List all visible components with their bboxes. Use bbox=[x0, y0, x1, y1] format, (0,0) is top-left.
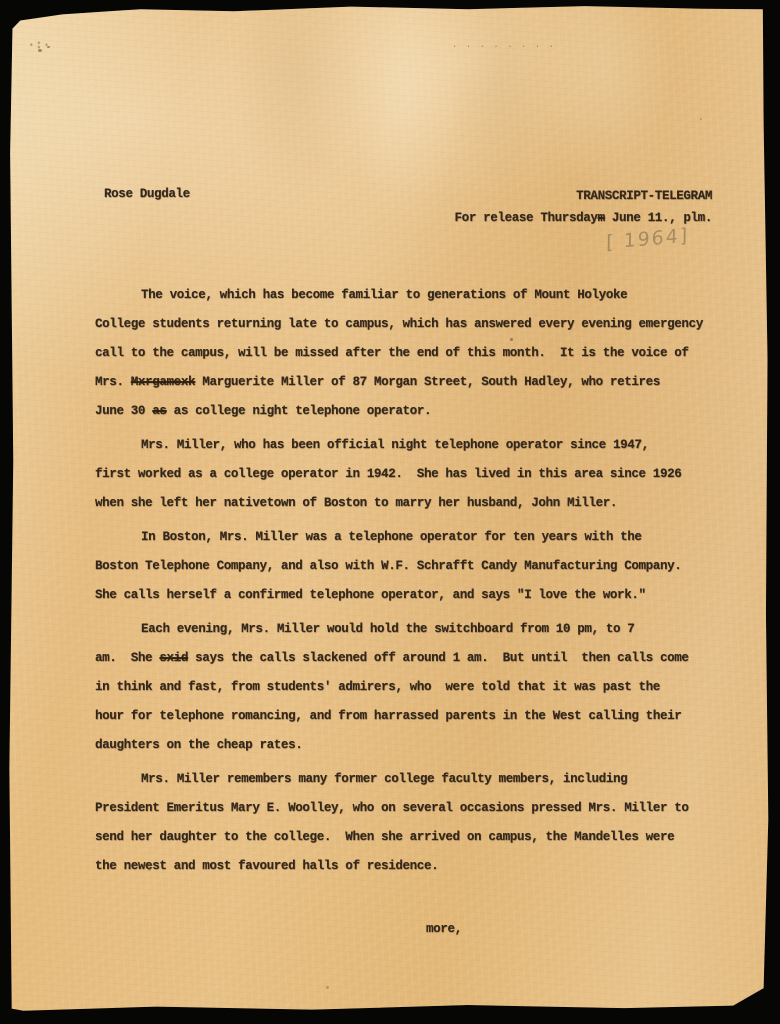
typed-text: College students returning late to campu… bbox=[95, 317, 703, 331]
typed-text: Each evening, Mrs. Miller would hold the… bbox=[141, 622, 634, 636]
typed-text: am. She bbox=[95, 651, 159, 665]
typed-text: Mrs. Miller remembers many former colleg… bbox=[141, 772, 627, 786]
struck-text: m bbox=[598, 211, 605, 225]
publication-title: TRANSCRIPT-TELEGRAM bbox=[455, 186, 712, 208]
typed-text: June 11., plm. bbox=[605, 211, 712, 225]
typed-text: the newest and most favoured halls of re… bbox=[95, 859, 438, 873]
typed-line: send her daughter to the college. When s… bbox=[95, 823, 735, 852]
typed-text: in think and fast, from students' admire… bbox=[95, 680, 660, 694]
typed-text: send her daughter to the college. When s… bbox=[95, 830, 674, 844]
pencil-year-note: [ 1964] bbox=[606, 222, 716, 254]
perforation-dots: · · · · · · · · bbox=[452, 42, 556, 52]
typed-line: hour for telephone romancing, and from h… bbox=[95, 702, 735, 731]
typed-text: In Boston, Mrs. Miller was a telephone o… bbox=[141, 530, 642, 544]
typed-text: She calls herself a confirmed telephone … bbox=[95, 588, 646, 602]
typed-line: first worked as a college operator in 19… bbox=[95, 460, 735, 489]
typed-text: Boston Telephone Company, and also with … bbox=[95, 559, 681, 573]
typed-line: in think and fast, from students' admire… bbox=[95, 673, 735, 702]
typed-text: For release Thursday bbox=[455, 211, 598, 225]
typed-text: President Emeritus Mary E. Woolley, who … bbox=[95, 801, 689, 815]
typed-line: call to the campus, will be missed after… bbox=[95, 339, 735, 368]
release-line: For release Thursdaym June 11., plm. bbox=[455, 208, 712, 230]
typed-line: President Emeritus Mary E. Woolley, who … bbox=[95, 794, 735, 823]
ink-smudge: ·:· bbox=[28, 40, 51, 52]
paragraph: Each evening, Mrs. Miller would hold the… bbox=[95, 615, 735, 760]
paper-sheet: ·:· · · · · · · · · Rose Dugdale TRANSCR… bbox=[0, 0, 780, 1024]
typed-text: June 30 bbox=[95, 404, 152, 418]
typed-text: as college night telephone operator. bbox=[167, 404, 432, 418]
typed-line: June 30 as as college night telephone op… bbox=[95, 397, 735, 426]
typed-text: Mrs. bbox=[95, 375, 131, 389]
author-name: Rose Dugdale bbox=[104, 187, 190, 201]
paper-speck bbox=[510, 338, 513, 341]
typed-text: The voice, which has become familiar to … bbox=[141, 288, 627, 302]
struck-text: as bbox=[152, 404, 166, 418]
paper-speck bbox=[38, 49, 42, 52]
typed-line: The voice, which has become familiar to … bbox=[95, 281, 735, 310]
typed-line: daughters on the cheap rates. bbox=[95, 731, 735, 760]
typed-line: Mrs. Miller remembers many former colleg… bbox=[95, 765, 735, 794]
typed-line: In Boston, Mrs. Miller was a telephone o… bbox=[95, 523, 735, 552]
typed-text: Marguerite Miller of 87 Morgan Street, S… bbox=[195, 375, 660, 389]
masthead: TRANSCRIPT-TELEGRAM For release Thursday… bbox=[455, 186, 712, 229]
typed-text: first worked as a college operator in 19… bbox=[95, 467, 681, 481]
typed-line: Mrs. Mxrgamexk Marguerite Miller of 87 M… bbox=[95, 368, 735, 397]
typed-line: Mrs. Miller, who has been official night… bbox=[95, 431, 735, 460]
typed-text: when she left her nativetown of Boston t… bbox=[95, 496, 617, 510]
typed-body: The voice, which has become familiar to … bbox=[95, 281, 735, 881]
paragraph: Mrs. Miller, who has been official night… bbox=[95, 431, 735, 518]
paragraph: In Boston, Mrs. Miller was a telephone o… bbox=[95, 523, 735, 610]
typed-line: College students returning late to campu… bbox=[95, 310, 735, 339]
paper-speck bbox=[700, 118, 702, 120]
typed-text: hour for telephone romancing, and from h… bbox=[95, 709, 681, 723]
typed-text: says the calls slackened off around 1 am… bbox=[188, 651, 689, 665]
more-indicator: more, bbox=[426, 922, 462, 936]
typed-text: Mrs. Miller, who has been official night… bbox=[141, 438, 649, 452]
paragraph: Mrs. Miller remembers many former colleg… bbox=[95, 765, 735, 881]
paragraph: The voice, which has become familiar to … bbox=[95, 281, 735, 426]
typed-line: am. She sxid says the calls slackened of… bbox=[95, 644, 735, 673]
typed-text: call to the campus, will be missed after… bbox=[95, 346, 689, 360]
typed-line: the newest and most favoured halls of re… bbox=[95, 852, 735, 881]
paper-speck bbox=[326, 986, 329, 989]
paper-speck bbox=[47, 46, 50, 48]
scanned-document: ·:· · · · · · · · · Rose Dugdale TRANSCR… bbox=[0, 0, 780, 1024]
typed-line: when she left her nativetown of Boston t… bbox=[95, 489, 735, 518]
typed-line: Each evening, Mrs. Miller would hold the… bbox=[95, 615, 735, 644]
paper-speck bbox=[148, 868, 151, 871]
struck-text: Mxrgamexk bbox=[131, 375, 195, 389]
typed-line: Boston Telephone Company, and also with … bbox=[95, 552, 735, 581]
struck-text: sxid bbox=[159, 651, 188, 665]
typed-line: She calls herself a confirmed telephone … bbox=[95, 581, 735, 610]
typed-text: daughters on the cheap rates. bbox=[95, 738, 302, 752]
